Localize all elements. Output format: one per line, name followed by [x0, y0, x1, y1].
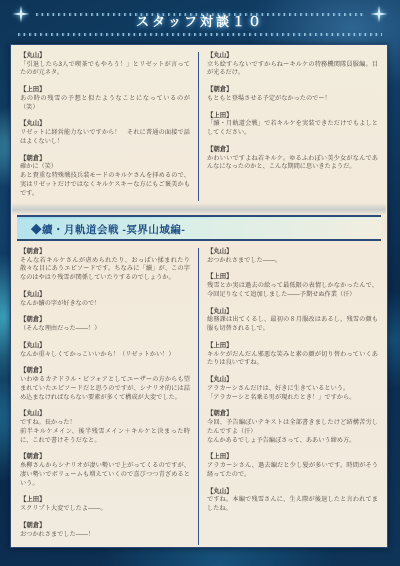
- dialogue-text: あの時の残雪の予想と似たようなことになっているのが（笑）: [20, 95, 190, 113]
- dialogue-text: なんか重々しくてかっこいいから！（リゼットかい！）: [20, 351, 190, 360]
- speaker-label: 【丸山】: [20, 52, 190, 61]
- section-header-band: ◆續・月軌道会戦 -冥界山域編-: [17, 219, 381, 239]
- speaker-label: 【丸山】: [207, 248, 378, 257]
- dialogue-text: いわゆるカテドラル・ビフォアとしてユーザーの方からも望まれていたエピソードだと思…: [20, 376, 190, 402]
- dialogue-block: 【丸山】ですね。長かった！ 前半キルケメイン、後半残雪メイン＋キルケと決まった時…: [20, 410, 190, 445]
- dialogue-text: 今回、予告編ぽいテキストは全部書きましたけど結構苦労したんですよ（汗） なんかあ…: [207, 419, 378, 445]
- dialogue-block: 【丸山】なんか重々しくてかっこいいから！（リゼットかい！）: [20, 342, 190, 359]
- dialogue-text: かわいいですよね若キルケ。ゆるふわぽい美少女がなんであんなになったのかと、こんな…: [207, 155, 378, 173]
- dialogue-text: 糸柳さんからシナリオが凄い勢いで上がってくるのですが、凄い勢いでボリュームも増え…: [20, 462, 190, 488]
- dialogue-block: 【丸山】なんか續の字が好きなので！: [20, 291, 190, 308]
- dialogue-block: 【朝倉】糸柳さんからシナリオが凄い勢いで上がってくるのですが、凄い勢いでボリュー…: [20, 453, 190, 488]
- speaker-label: 【上田】: [20, 496, 190, 505]
- speaker-label: 【朝倉】: [20, 453, 190, 462]
- dialogue-text: 確かに（笑） あと貴重な特殊戦技兵装モードのキルケさんを拝めるので、実はリゼット…: [20, 163, 190, 198]
- speaker-label: 【朝倉】: [20, 367, 190, 376]
- page-title: スタッフ対談１０: [0, 11, 400, 30]
- dialogue-text: 総務課は出てくるし、最初の８月服改はあるし、残雪の顔も服も切替されるしで。: [207, 316, 378, 334]
- section2-right-column: 【丸山】おつかれさまでした――。【上田】残雪とか実は過去の絵って最低限の表情しか…: [199, 248, 378, 545]
- dialogue-text: （そんな理由だった――！）: [20, 325, 190, 334]
- speaker-label: 【朝倉】: [207, 146, 378, 155]
- decorative-dotted-line: [18, 33, 382, 36]
- dialogue-text: もともと登場させる予定がなかったのでー！: [207, 95, 378, 104]
- dialogue-block: 【上田】アラカーシさん、過去編だと少し髪が多いです。時間がそう経ってたので。: [207, 453, 378, 479]
- dialogue-block: 【丸山】おつかれさまでした――。: [207, 248, 378, 265]
- dialogue-block: 【上田】キルケがだんだん邪悪な笑みと素の顔が切り替わっていくあたりは良いですね。: [207, 342, 378, 368]
- dialogue-block: 【朝倉】かわいいですよね若キルケ。ゆるふわぽい美少女がなんであんなになったのかと…: [207, 146, 378, 172]
- section1-left-column: 【丸山】「引退したら3人で喫茶でもやろう！」とリゼットが言ってたのが元ネタ。【上…: [20, 52, 199, 201]
- speaker-label: 【丸山】: [20, 120, 190, 129]
- speaker-label: 【上田】: [207, 342, 378, 351]
- dialogue-block: 【上田】スクリプト大変でしたよ――。: [20, 496, 190, 513]
- dialogue-text: おつかれさまでした――！: [20, 531, 190, 540]
- speaker-label: 【朝倉】: [20, 522, 190, 531]
- section1-right-column: 【丸山】立ち絵すらないですからねーキルケの特務機関隊員服編。目が光るだけ。【朝倉…: [199, 52, 378, 201]
- speaker-label: 【上田】: [207, 453, 378, 462]
- dialogue-block: 【朝倉】今回、予告編ぽいテキストは全部書きましたけど結構苦労したんですよ（汗） …: [207, 410, 378, 445]
- dialogue-block: 【丸山】立ち絵すらないですからねーキルケの特務機関隊員服編。目が光るだけ。: [207, 52, 378, 78]
- speaker-label: 【朝倉】: [20, 316, 190, 325]
- dialogue-block: 【朝倉】（そんな理由だった――！）: [20, 316, 190, 333]
- interview-panel: 【丸山】「引退したら3人で喫茶でもやろう！」とリゼットが言ってたのが元ネタ。【上…: [10, 44, 388, 548]
- dialogue-text: ですね。長かった！ 前半キルケメイン、後半残雪メイン＋キルケと決まった時に、これ…: [20, 419, 190, 445]
- dialogue-block: 【朝倉】そんな若キルケさんが虐められたり、おっぱい揉まれたり散々な目にあうエピソ…: [20, 248, 190, 283]
- speaker-label: 【丸山】: [207, 52, 378, 61]
- dialogue-block: 【朝倉】いわゆるカテドラル・ビフォアとしてユーザーの方からも望まれていたエピソー…: [20, 367, 190, 402]
- section-intro: 【丸山】「引退したら3人で喫茶でもやろう！」とリゼットが言ってたのが元ネタ。【上…: [11, 45, 387, 203]
- dialogue-text: キルケがだんだん邪悪な笑みと素の顔が切り替わっていくあたりは良いですね。: [207, 351, 378, 369]
- dialogue-block: 【上田】残雪とか実は過去の絵って最低限の表情しかなかったんで、今回足りなくて追加…: [207, 273, 378, 299]
- dialogue-block: 【上田】あの時の残雪の予想と似たようなことになっているのが（笑）: [20, 86, 190, 112]
- dialogue-block: 【朝倉】確かに（笑） あと貴重な特殊戦技兵装モードのキルケさんを拝めるので、実は…: [20, 155, 190, 199]
- section-break-shadow: [12, 203, 386, 215]
- dialogue-text: おつかれさまでした――。: [207, 257, 378, 266]
- dialogue-text: アラカーシさんだけは、好きに生きているという。 「アラカーシと名乗る男が現れたと…: [207, 385, 378, 403]
- dialogue-block: 【朝倉】おつかれさまでした――！: [20, 522, 190, 539]
- dialogue-text: 立ち絵すらないですからねーキルケの特務機関隊員服編。目が光るだけ。: [207, 61, 378, 79]
- dialogue-text: そんな若キルケさんが虐められたり、おっぱい揉まれたり散々な目にあうエピソードです…: [20, 257, 190, 283]
- speaker-label: 【丸山】: [207, 376, 378, 385]
- speaker-label: 【朝倉】: [20, 248, 190, 257]
- dialogue-text: 「引退したら3人で喫茶でもやろう！」とリゼットが言ってたのが元ネタ。: [20, 61, 190, 79]
- speaker-label: 【上田】: [20, 86, 190, 95]
- section-main: 【朝倉】そんな若キルケさんが虐められたり、おっぱい揉まれたり散々な目にあうエピソ…: [11, 241, 387, 547]
- dialogue-block: 【丸山】リゼットに経営能力ないですから！ それに普通の面接で話はよくないし！: [20, 120, 190, 146]
- dialogue-text: 「續・月軌道会戦」で若キルケを実装できただけでもよしとしてください。: [207, 120, 378, 138]
- dialogue-text: リゼットに経営能力ないですから！ それに普通の面接で話はよくないし！: [20, 129, 190, 147]
- speaker-label: 【朝倉】: [207, 86, 378, 95]
- speaker-label: 【朝倉】: [207, 410, 378, 419]
- section-header-title: ◆續・月軌道会戦 -冥界山域編-: [17, 222, 185, 237]
- speaker-label: 【上田】: [207, 273, 378, 282]
- dialogue-block: 【丸山】「引退したら3人で喫茶でもやろう！」とリゼットが言ってたのが元ネタ。: [20, 52, 190, 78]
- dialogue-block: 【丸山】アラカーシさんだけは、好きに生きているという。 「アラカーシと名乗る男が…: [207, 376, 378, 402]
- section2-left-column: 【朝倉】そんな若キルケさんが虐められたり、おっぱい揉まれたり散々な目にあうエピソ…: [20, 248, 199, 545]
- speaker-label: 【丸山】: [20, 291, 190, 300]
- dialogue-block: 【朝倉】もともと登場させる予定がなかったのでー！: [207, 86, 378, 103]
- dialogue-block: 【上田】「續・月軌道会戦」で若キルケを実装できただけでもよしとしてください。: [207, 112, 378, 138]
- dialogue-text: アラカーシさん、過去編だと少し髪が多いです。時間がそう経ってたので。: [207, 462, 378, 480]
- speaker-label: 【丸山】: [20, 342, 190, 351]
- speaker-label: 【丸山】: [207, 488, 378, 497]
- speaker-label: 【丸山】: [20, 410, 190, 419]
- dialogue-block: 【丸山】総務課は出てくるし、最初の８月服改はあるし、残雪の顔も服も切替されるしで…: [207, 308, 378, 334]
- dialogue-text: スクリプト大変でしたよ――。: [20, 505, 190, 514]
- dialogue-text: なんか續の字が好きなので！: [20, 300, 190, 309]
- dialogue-text: 残雪とか実は過去の絵って最低限の表情しかなかったんで、今回足りなくて追加しました…: [207, 282, 378, 300]
- dialogue-text: ですね。本編で残雪さんに、生え際が後退したと言われてましたね。: [207, 496, 378, 514]
- dialogue-block: 【丸山】ですね。本編で残雪さんに、生え際が後退したと言われてましたね。: [207, 488, 378, 514]
